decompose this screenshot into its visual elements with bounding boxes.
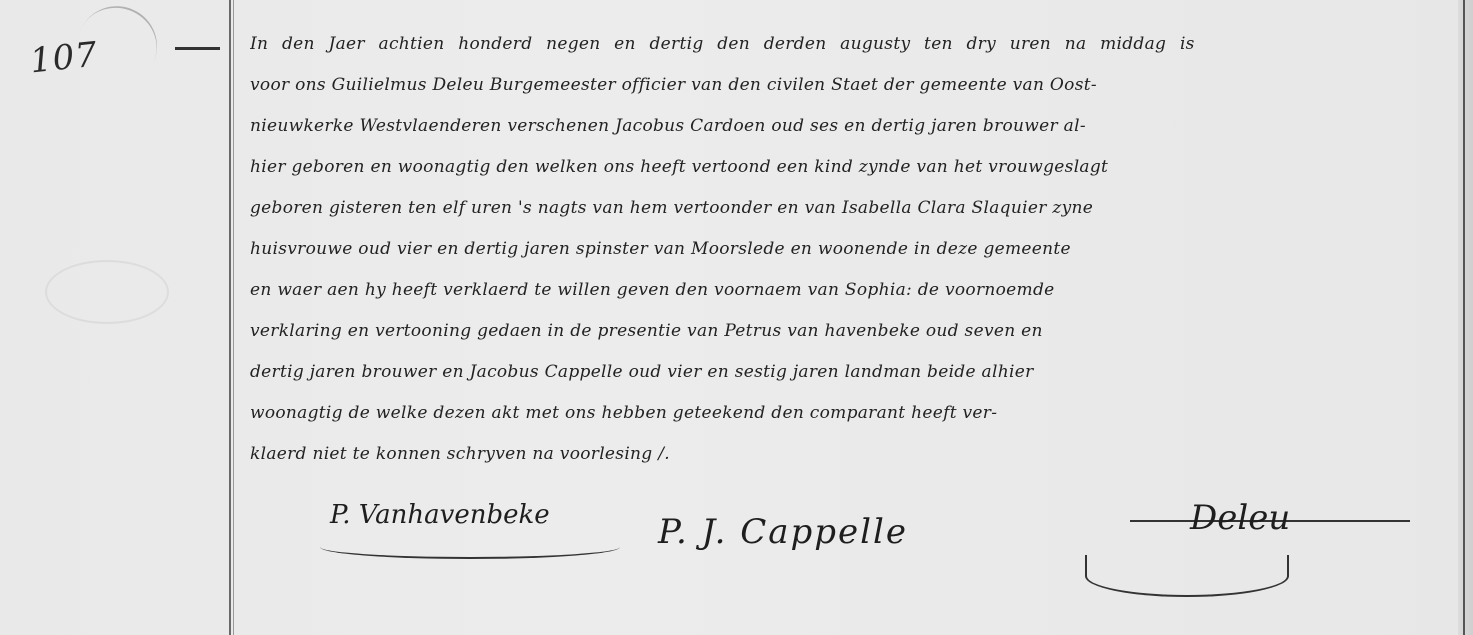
signature-flourish [1085, 555, 1289, 597]
signatures-area: P. Vanhavenbeke P. J. Cappelle Deleu [0, 0, 1473, 635]
page-right-edge [1458, 0, 1473, 635]
signature-cappelle: P. J. Cappelle [658, 512, 908, 552]
signature-deleu: Deleu [1190, 498, 1290, 538]
register-page: 107 In den Jaer achtien honderd negen en… [0, 0, 1473, 635]
signature-flourish [320, 535, 620, 559]
signature-vanhavenbeke: P. Vanhavenbeke [330, 500, 550, 530]
binding-line [1463, 0, 1465, 635]
